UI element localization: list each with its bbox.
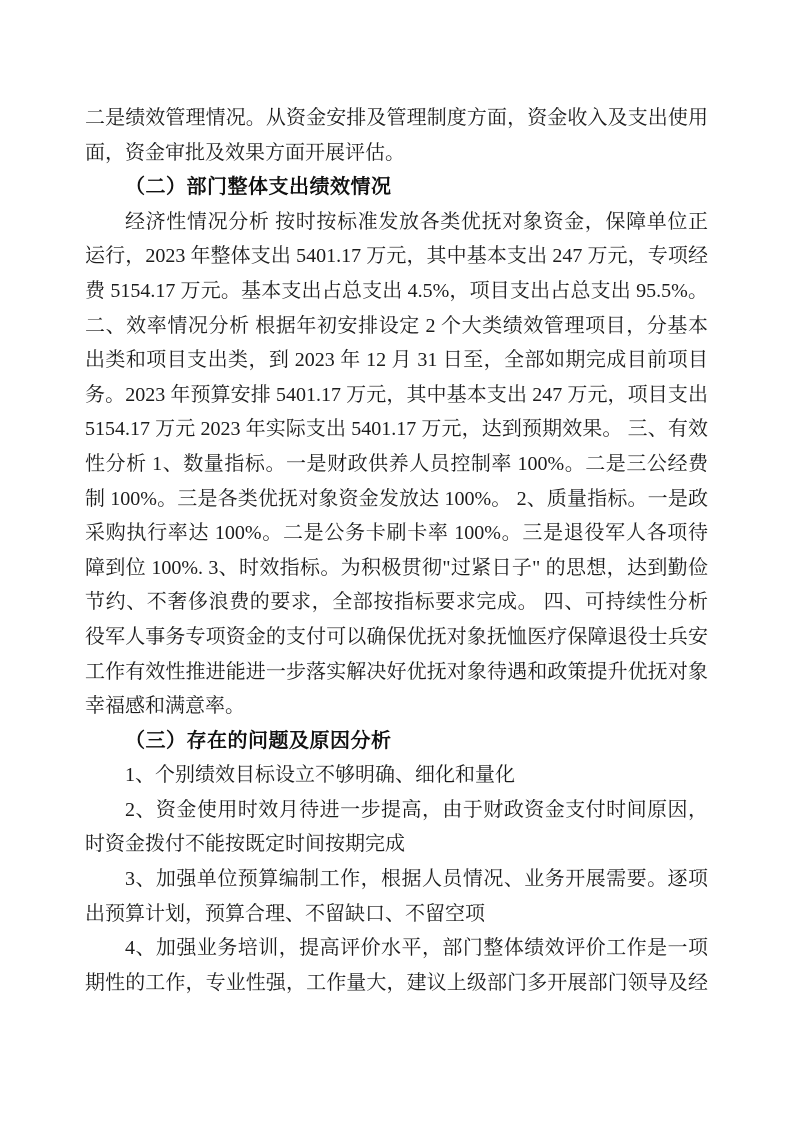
body-text-line: 性分析 1、数量指标。一是财政供养人员控制率 100%。二是三公经费控	[85, 447, 708, 482]
body-text-line: 期性的工作，专业性强，工作量大，建议上级部门多开展部门领导及经办	[85, 966, 708, 1001]
body-text-line: 制 100%。三是各类优抚对象资金发放达 100%。 2、质量指标。一是政府	[85, 482, 708, 517]
body-text-line: 幸福感和满意率。	[85, 689, 708, 724]
body-text-line: 务。2023 年预算安排 5401.17 万元，其中基本支出 247 万元，项目…	[85, 378, 708, 413]
document-page: 二是绩效管理情况。从资金安排及管理制度方面，资金收入及支出使用方 面，资金审批及…	[0, 0, 793, 1122]
body-text-line: 2、资金使用时效月待进一步提高，由于财政资金支付时间原因，有	[85, 793, 708, 828]
body-text-line: 役军人事务专项资金的支付可以确保优抚对象抚恤医疗保障退役士兵安置	[85, 620, 708, 655]
body-text-line: 二、效率情况分析 根据年初安排设定 2 个大类绩效管理项目，分基本支	[85, 309, 708, 344]
body-text-line: 障到位 100%. 3、时效指标。为积极贯彻"过紧日子" 的思想，达到勤俭	[85, 551, 708, 586]
body-text-line: 节约、不奢侈浪费的要求，全部按指标要求完成。 四、可持续性分析 退	[85, 585, 708, 620]
body-text-line: 1、个别绩效目标设立不够明确、细化和量化	[85, 758, 708, 793]
section-heading-3: （三）存在的问题及原因分析	[85, 724, 708, 759]
body-text-line: 二是绩效管理情况。从资金安排及管理制度方面，资金收入及支出使用方	[85, 101, 708, 136]
body-text-line: 面，资金审批及效果方面开展评估。	[85, 136, 708, 171]
body-text-line: 经济性情况分析 按时按标准发放各类优抚对象资金，保障单位正常	[85, 205, 708, 240]
body-text-line: 出类和项目支出类，到 2023 年 12 月 31 日至，全部如期完成目前项目任	[85, 343, 708, 378]
body-text-line: 费 5154.17 万元。基本支出占总支出 4.5%，项目支出占总支出 95.5…	[85, 274, 708, 309]
body-text-line: 时资金拨付不能按既定时间按期完成	[85, 827, 708, 862]
body-text-line: 3、加强单位预算编制工作，根据人员情况、业务开展需要。逐项做	[85, 862, 708, 897]
body-text-line: 5154.17 万元 2023 年实际支出 5401.17 万元，达到预期效果。…	[85, 412, 708, 447]
section-heading-2: （二）部门整体支出绩效情况	[85, 170, 708, 205]
body-text-line: 工作有效性推进能进一步落实解决好优抚对象待遇和政策提升优抚对象对	[85, 655, 708, 690]
body-text-line: 运行，2023 年整体支出 5401.17 万元，其中基本支出 247 万元，专…	[85, 239, 708, 274]
body-text-line: 采购执行率达 100%。二是公务卡刷卡率 100%。三是退役军人各项待遇保	[85, 516, 708, 551]
body-text-line: 4、加强业务培训，提高评价水平，部门整体绩效评价工作是一项长	[85, 931, 708, 966]
body-text-line: 出预算计划，预算合理、不留缺口、不留空项	[85, 897, 708, 932]
document-body: 二是绩效管理情况。从资金安排及管理制度方面，资金收入及支出使用方 面，资金审批及…	[85, 101, 708, 1000]
